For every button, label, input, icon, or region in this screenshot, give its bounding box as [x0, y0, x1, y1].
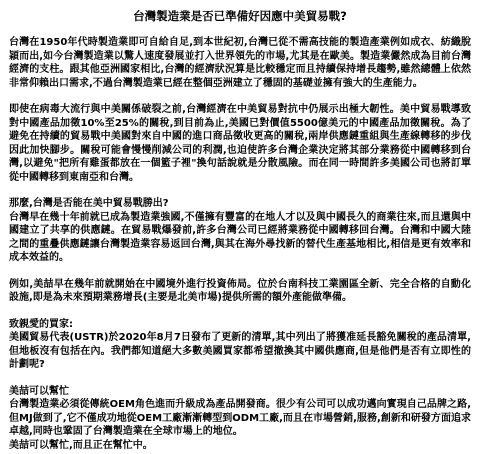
paragraph-trade-war-resilience: 即使在病毒大流行與中美關係破裂之前,台灣經濟在中美貿易對抗中仍展示出極大韌性。美…: [9, 103, 471, 184]
paragraph-mj-investment: 例如,美喆早在幾年前就開始在中國境外進行投資佈局。位於台南科技工業園區全新、完全…: [9, 278, 471, 305]
paragraph-text: 美國貿易代表(USTR)於2020年8月7日發布了更新的清單,其中列出了將獲准延…: [9, 331, 471, 372]
paragraph-text: 例如,美喆早在幾年前就開始在中國境外進行投資佈局。位於台南科技工業園區全新、完全…: [9, 278, 471, 305]
page-title: 台灣製造業是否已準備好因應中美貿易戰?: [9, 8, 471, 24]
document-page: 台灣製造業是否已準備好因應中美貿易戰? 台灣在1950年代時製造業即可自給自足,…: [0, 0, 480, 454]
paragraph-intro: 台灣在1950年代時製造業即可自給自足,到本世紀初,台灣已從不需高技能的製造產業…: [9, 36, 471, 90]
section-mj-can-help: 美喆可以幫忙 台灣製造業必須從傳統OEM角色進而升級成為產品開發商。很少有公司可…: [9, 385, 471, 453]
paragraph-text: 台灣早在幾十年前就已成為製造業強國,不僅擁有豐富的在地人才以及與中國長久的商業往…: [9, 211, 471, 265]
paragraph-text: 台灣在1950年代時製造業即可自給自足,到本世紀初,台灣已從不需高技能的製造產業…: [9, 36, 471, 90]
paragraph-text: 即使在病毒大流行與中美關係破裂之前,台灣經濟在中美貿易對抗中仍展示出極大韌性。美…: [9, 103, 471, 184]
paragraph-text: 台灣製造業必須從傳統OEM角色進而升級成為產品開發商。很少有公司可以成功邁向實現…: [9, 398, 471, 439]
section-salutation: 致親愛的買家:: [9, 318, 471, 332]
section-dear-buyers: 致親愛的買家: 美國貿易代表(USTR)於2020年8月7日發布了更新的清單,其…: [9, 318, 471, 372]
section-can-taiwan-win: 那麼,台灣是否能在美中貿易戰勝出? 台灣早在幾十年前就已成為製造業強國,不僅擁有…: [9, 197, 471, 265]
closing-line: 美喆可以幫忙,而且正在幫忙中。: [9, 439, 471, 453]
section-question: 那麼,台灣是否能在美中貿易戰勝出?: [9, 197, 471, 211]
section-heading: 美喆可以幫忙: [9, 385, 471, 399]
